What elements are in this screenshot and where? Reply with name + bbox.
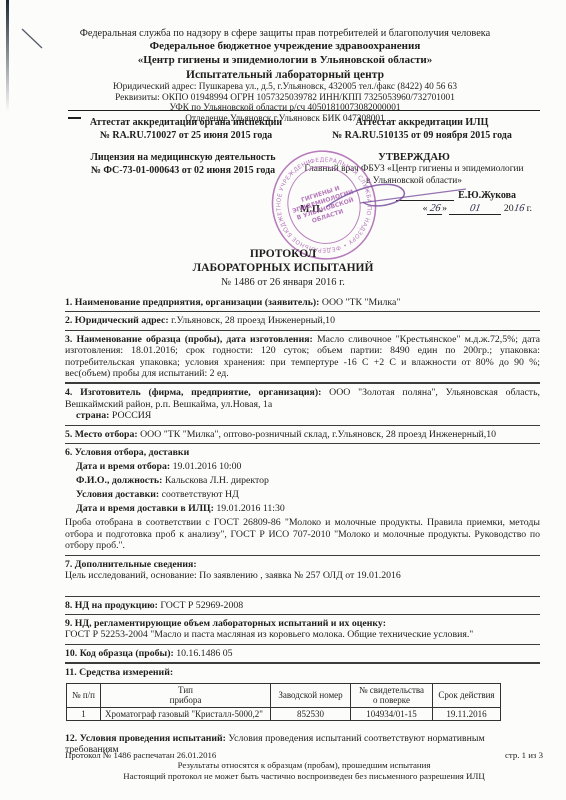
delivery-conditions-value: соответствуют НД [162,489,239,500]
page-footer: Протокол № 1486 распечатан 26.01.2016 ст… [65,750,543,781]
country-line: страна: РОССИЯ [65,410,540,421]
protocol-title-line1: ПРОТОКОЛ [0,248,566,262]
cell-valid: 19.11.2016 [433,707,501,721]
section-additional-info: 7. Дополнительные сведения: Цель исследо… [65,556,540,597]
protocol-title-line2: ЛАБОРАТОРНЫХ ИСПЫТАНИЙ [0,262,566,276]
section-product-standard-label: 8. НД на продукцию: [65,600,158,611]
sampler-name-row: Ф.И.О., должность: Кальскова Л.Н. директ… [65,475,540,486]
col-header-cert: № свидетельства о поверке [351,683,433,707]
manufacturer-line: 4. Изготовитель (фирма, предприятие, орг… [65,387,540,410]
section-test-standards-value: ГОСТ Р 52253-2004 "Масло и паста масляна… [65,629,540,640]
sampling-datetime-label: Дата и время отбора: [76,461,170,472]
footer-note-2: Настоящий протокол не может быть частичн… [65,771,543,781]
section-product-standard-value: ГОСТ Р 52969-2008 [160,600,243,611]
section-manufacturer: 4. Изготовитель (фирма, предприятие, орг… [65,384,540,425]
country-value: РОССИЯ [112,410,151,421]
sampling-datetime-value: 19.01.2016 10:00 [173,461,242,472]
handwritten-year: 16 [513,203,525,214]
col-header-type: Тип прибора [101,683,271,707]
section-test-standards: 9. НД, регламентирующие объем лабораторн… [65,615,540,645]
inspection-accreditation-number: № RA.RU.710027 от 25 июня 2015 года [68,130,304,143]
ilc-accreditation-title: Аттестат аккредитации ИЛЦ [304,117,540,130]
sampling-gost-note: Проба отобрана в соответствии с ГОСТ 268… [65,517,540,551]
scanned-protocol-page: Федеральная служба по надзору в сфере за… [0,0,566,800]
org-parent-line: Федеральная служба по надзору в сфере за… [30,27,540,40]
delivery-datetime-label: Дата и время доставки в ИЛЦ: [76,503,214,514]
section-legal-address-label: 2. Юридический адрес: [65,315,169,326]
protocol-sections: 1. Наименование предприятия, организации… [65,294,540,759]
section-additional-info-value: Цель исследований, основание: По заявлен… [65,570,540,581]
footer-meta-row: Протокол № 1486 распечатан 26.01.2016 ст… [65,750,543,760]
col-header-valid: Срок действия [433,683,501,707]
section-instruments: 11. Средства измерений: № п/п Тип прибор… [65,664,540,730]
cell-type: Хроматограф газовый "Кристалл-5000,2" [101,707,271,721]
section-product-standard: 8. НД на продукцию: ГОСТ Р 52969-2008 [65,597,540,615]
sampling-datetime-row: Дата и время отбора: 19.01.2016 10:00 [65,461,540,472]
section-sampling-conditions-label: 6. Условия отбора, доставки [65,447,540,458]
delivery-datetime-value: 19.01.2016 11:30 [216,503,285,514]
footer-protocol-print-info: Протокол № 1486 распечатан 26.01.2016 [65,750,216,760]
accreditation-row: Аттестат аккредитации органа инспекции №… [68,117,540,142]
protocol-number-date: № 1486 от 26 января 2016 г. [0,276,566,289]
instruments-table-header-row: № п/п Тип прибора Заводской номер № свид… [67,683,501,707]
legal-address-line: Юридический адрес: Пушкарева ул., д.5, г… [30,82,540,93]
section-sampling-place-value: ООО "ТК "Милка", оптово-розничный склад,… [140,429,496,440]
org-name-line: «Центр гигиены и эпидемиологии в Ульянов… [30,54,540,68]
protocol-title-block: ПРОТОКОЛ ЛАБОРАТОРНЫХ ИСПЫТАНИЙ № 1486 о… [0,248,566,289]
footer-note-1: Результаты относятся к образцам (пробам)… [65,760,543,770]
section-additional-info-label: 7. Дополнительные сведения: [65,559,540,570]
section-sampling-place-label: 5. Место отбора: [65,429,138,440]
section-sampling-conditions: 6. Условия отбора, доставки Дата и время… [65,444,540,556]
section-legal-address-value: г.Ульяновск, 28 проезд Инженерный,10 [171,315,335,326]
cell-cert: 104934/01-15 [351,707,433,721]
section-manufacturer-label: 4. Изготовитель (фирма, предприятие, орг… [65,387,321,398]
section-sample-code-value: 10.16.1486 05 [176,648,232,659]
delivery-conditions-row: Условия доставки: соответствуют НД [65,489,540,500]
delivery-conditions-label: Условия доставки: [76,489,159,500]
sampler-name-value: Кальскова Л.Н. директор [165,475,269,486]
year-suffix: г. [527,203,532,214]
signature-line [396,190,454,201]
scan-edge-artifact [6,0,9,112]
section-applicant-label: 1. Наименование предприятия, организации… [65,297,319,308]
col-header-serial: Заводской номер [271,683,351,707]
delivery-datetime-row: Дата и время доставки в ИЛЦ: 19.01.2016 … [65,503,540,514]
cell-num: 1 [67,707,101,721]
handwritten-day: 26 [427,203,444,215]
section-test-conditions-label: 12. Условия проведения испытаний: [65,733,226,744]
footer-page-number: стр. 1 из 3 [505,750,543,760]
section-sample-code: 10. Код образца (пробы): 10.16.1486 05 [65,645,540,664]
section-test-standards-label: 9. НД, регламентирующие объем лабораторн… [65,618,540,629]
approver-name: Е.Ю.Жукова [458,190,516,201]
section-sample-code-label: 10. Код образца (пробы): [65,648,174,659]
section-sample: 3. Наименование образца (пробы), дата из… [65,331,540,385]
country-label: страна: [76,410,109,421]
section-applicant-value: ООО "ТК "Милка" [322,297,400,308]
treasury-line: УФК по Ульяновской области р/сч 40501810… [30,103,540,114]
col-header-num: № п/п [67,683,101,707]
requisites-line: Реквизиты: ОКПО 01948994 ОГРН 1057325039… [30,93,540,104]
cell-serial: 852530 [271,707,351,721]
header-divider-line [68,110,540,111]
lab-center-line: Испытательный лабораторный центр [30,68,540,82]
instruments-table: № п/п Тип прибора Заводской номер № свид… [66,683,501,722]
approval-date: «26» 01 2016 г. [423,203,532,215]
table-row: 1 Хроматограф газовый "Кристалл-5000,2" … [67,707,501,721]
section-legal-address: 2. Юридический адрес: г.Ульяновск, 28 пр… [65,312,540,330]
org-type-line: Федеральное бюджетное учреждение здравоо… [30,40,540,54]
inspection-accreditation-title: Аттестат аккредитации органа инспекции [68,117,304,130]
section-applicant: 1. Наименование предприятия, организации… [65,294,540,312]
section-sampling-place: 5. Место отбора: ООО "ТК "Милка", оптово… [65,426,540,444]
section-sample-label: 3. Наименование образца (пробы), дата из… [65,334,313,345]
sampler-name-label: Ф.И.О., должность: [76,475,162,486]
section-instruments-label: 11. Средства измерений: [65,667,540,678]
inspection-accreditation: Аттестат аккредитации органа инспекции №… [68,117,304,142]
handwritten-month: 01 [469,203,481,214]
